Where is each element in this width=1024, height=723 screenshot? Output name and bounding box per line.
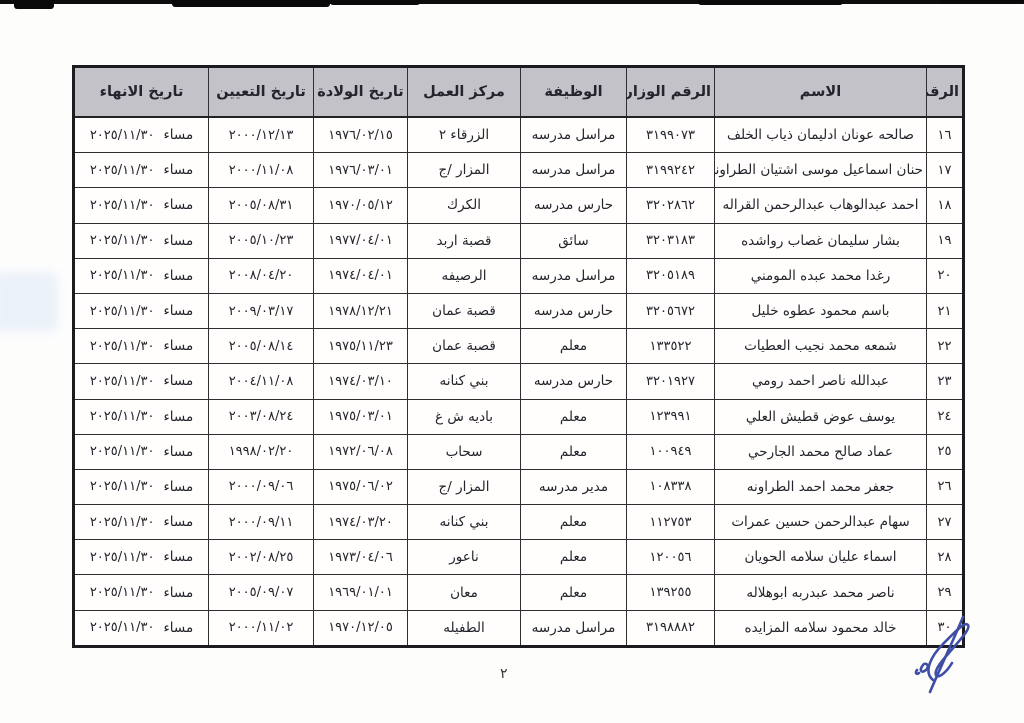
cell-ministry_no: ٣٢٠٢٨٦٢ [627,188,715,223]
cell-ministry_no: ٣٢٠١٩٢٧ [627,364,715,399]
cell-ministry_no: ١٢٣٩٩١ [627,399,715,434]
cell-appointment_date: ٢٠٠٢/٠٨/٢٥ [209,540,314,575]
end-date-suffix: مساء [163,514,193,530]
end-date-value: ٢٠٢٥/١١/٣٠ [90,163,155,178]
cell-job: معلم [521,505,627,540]
end-date-value: ٢٠٢٥/١١/٣٠ [90,304,155,319]
cell-birth_date: ١٩٧٦/٠٣/٠١ [314,153,408,188]
cell-end_date: ٢٠٢٥/١١/٣٠مساء [74,434,209,469]
cell-end_date: ٢٠٢٥/١١/٣٠مساء [74,293,209,328]
scan-top-edge-blob [698,0,843,5]
cell-work_center: سحاب [408,434,521,469]
cell-birth_date: ١٩٧٤/٠٤/٠١ [314,258,408,293]
cell-end_date: ٢٠٢٥/١١/٣٠مساء [74,575,209,610]
cell-job: سائق [521,223,627,258]
scanned-document-page: { "page": { "number_label": "٢", "signat… [0,0,1024,723]
cell-birth_date: ١٩٧٣/٠٤/٠٦ [314,540,408,575]
end-date-group: ٢٠٢٥/١١/٣٠مساء [78,233,205,249]
cell-num: ٢٨ [927,540,964,575]
table-row: ٢٦جعفر محمد احمد الطراونه١٠٨٣٣٨مدير مدرس… [74,469,964,504]
cell-appointment_date: ٢٠٠٥/٠٨/٣١ [209,188,314,223]
table-header-row: الرقمالاسمالرقم الوزاريالوظيفةمركز العمل… [74,67,964,118]
scan-top-edge-blob [14,0,54,9]
end-date-suffix: مساء [163,373,193,389]
cell-end_date: ٢٠٢٥/١١/٣٠مساء [74,399,209,434]
cell-birth_date: ١٩٧٢/٠٦/٠٨ [314,434,408,469]
cell-num: ٢١ [927,293,964,328]
cell-name: يوسف عوض قطيش العلي [715,399,927,434]
end-date-value: ٢٠٢٥/١١/٣٠ [90,444,155,459]
cell-end_date: ٢٠٢٥/١١/٣٠مساء [74,540,209,575]
cell-birth_date: ١٩٧٦/٠٢/١٥ [314,117,408,153]
column-header-work_center: مركز العمل [408,67,521,118]
cell-name: احمد عبدالوهاب عبدالرحمن القراله [715,188,927,223]
cell-num: ٢٧ [927,505,964,540]
cell-end_date: ٢٠٢٥/١١/٣٠مساء [74,469,209,504]
cell-num: ٢٥ [927,434,964,469]
cell-num: ٢٩ [927,575,964,610]
cell-job: معلم [521,329,627,364]
cell-name: اسماء عليان سلامه الحويان [715,540,927,575]
cell-birth_date: ١٩٧٠/٠٥/١٢ [314,188,408,223]
cell-work_center: بني كنانه [408,364,521,399]
end-date-suffix: مساء [163,127,193,143]
end-date-suffix: مساء [163,233,193,249]
cell-work_center: بني كنانه [408,505,521,540]
table-row: ٣٠خالد محمود سلامه المزايده٣١٩٨٨٨٢مراسل … [74,610,964,646]
end-date-suffix: مساء [163,444,193,460]
cell-appointment_date: ٢٠٠٩/٠٣/١٧ [209,293,314,328]
end-date-group: ٢٠٢٥/١١/٣٠مساء [78,479,205,495]
cell-job: مراسل مدرسه [521,610,627,646]
end-date-group: ٢٠٢٥/١١/٣٠مساء [78,585,205,601]
scan-top-edge [0,0,1024,4]
cell-end_date: ٢٠٢٥/١١/٣٠مساء [74,117,209,153]
cell-birth_date: ١٩٧٠/١٢/٠٥ [314,610,408,646]
cell-birth_date: ١٩٦٩/٠١/٠١ [314,575,408,610]
column-header-name: الاسم [715,67,927,118]
cell-name: سهام عبدالرحمن حسين عمرات [715,505,927,540]
cell-job: حارس مدرسه [521,293,627,328]
end-date-value: ٢٠٢٥/١١/٣٠ [90,233,155,248]
cell-name: حنان اسماعيل موسى اشتيان الطراونه [715,153,927,188]
end-date-group: ٢٠٢٥/١١/٣٠مساء [78,620,205,636]
cell-ministry_no: ١٢٠٠٥٦ [627,540,715,575]
cell-num: ١٩ [927,223,964,258]
table-row: ٢٤يوسف عوض قطيش العلي١٢٣٩٩١معلمباديه ش غ… [74,399,964,434]
scan-top-edge-blob [172,0,330,7]
cell-birth_date: ١٩٧٥/٠٦/٠٢ [314,469,408,504]
end-date-group: ٢٠٢٥/١١/٣٠مساء [78,373,205,389]
cell-job: معلم [521,434,627,469]
cell-ministry_no: ١٠٨٣٣٨ [627,469,715,504]
cell-appointment_date: ٢٠٠٠/٠٩/٠٦ [209,469,314,504]
page-number: ٢ [500,666,508,682]
cell-ministry_no: ١٣٩٢٥٥ [627,575,715,610]
scan-top-edge-blob [940,0,1024,3]
cell-job: معلم [521,575,627,610]
end-date-value: ٢٠٢٥/١١/٣٠ [90,339,155,354]
cell-num: ١٧ [927,153,964,188]
cell-birth_date: ١٩٧٤/٠٣/٢٠ [314,505,408,540]
cell-work_center: الرصيفه [408,258,521,293]
cell-work_center: قصبة اربد [408,223,521,258]
cell-birth_date: ١٩٧٨/١٢/٢١ [314,293,408,328]
end-date-suffix: مساء [163,338,193,354]
cell-name: باسم محمود عطوه خليل [715,293,927,328]
cell-num: ١٦ [927,117,964,153]
end-date-group: ٢٠٢٥/١١/٣٠مساء [78,127,205,143]
end-date-group: ٢٠٢٥/١١/٣٠مساء [78,303,205,319]
column-header-appointment_date: تاريخ التعيين [209,67,314,118]
end-date-group: ٢٠٢٥/١١/٣٠مساء [78,162,205,178]
cell-job: حارس مدرسه [521,188,627,223]
table-row: ٢٧سهام عبدالرحمن حسين عمرات١١٢٧٥٣معلمبني… [74,505,964,540]
end-date-suffix: مساء [163,162,193,178]
signature-ink [903,614,981,700]
column-header-ministry_no: الرقم الوزاري [627,67,715,118]
end-date-value: ٢٠٢٥/١١/٣٠ [90,479,155,494]
cell-ministry_no: ١٣٣٥٢٢ [627,329,715,364]
cell-num: ١٨ [927,188,964,223]
cell-work_center: الزرقاء ٢ [408,117,521,153]
end-date-group: ٢٠٢٥/١١/٣٠مساء [78,444,205,460]
cell-ministry_no: ١٠٠٩٤٩ [627,434,715,469]
cell-job: حارس مدرسه [521,364,627,399]
cell-appointment_date: ٢٠٠٠/١١/٠٢ [209,610,314,646]
end-date-suffix: مساء [163,479,193,495]
cell-appointment_date: ٢٠٠٥/١٠/٢٣ [209,223,314,258]
employee-table: الرقمالاسمالرقم الوزاريالوظيفةمركز العمل… [72,65,965,648]
column-header-num: الرقم [927,67,964,118]
end-date-suffix: مساء [163,620,193,636]
cell-num: ٢٦ [927,469,964,504]
end-date-suffix: مساء [163,409,193,425]
cell-job: مدير مدرسه [521,469,627,504]
table-row: ١٦صالحه عونان ادليمان ذياب الخلف٣١٩٩٠٧٣م… [74,117,964,153]
cell-end_date: ٢٠٢٥/١١/٣٠مساء [74,329,209,364]
table-row: ٢٠رغدا محمد عبده المومني٣٢٠٥١٨٩مراسل مدر… [74,258,964,293]
cell-work_center: قصبة عمان [408,329,521,364]
cell-birth_date: ١٩٧٥/١١/٢٣ [314,329,408,364]
table-row: ٢٣عبدالله ناصر احمد رومي٣٢٠١٩٢٧حارس مدرس… [74,364,964,399]
end-date-group: ٢٠٢٥/١١/٣٠مساء [78,409,205,425]
table-row: ٢٨اسماء عليان سلامه الحويان١٢٠٠٥٦معلمناع… [74,540,964,575]
end-date-group: ٢٠٢٥/١١/٣٠مساء [78,338,205,354]
end-date-value: ٢٠٢٥/١١/٣٠ [90,515,155,530]
end-date-suffix: مساء [163,549,193,565]
cell-end_date: ٢٠٢٥/١١/٣٠مساء [74,188,209,223]
end-date-group: ٢٠٢٥/١١/٣٠مساء [78,268,205,284]
cell-name: عماد صالح محمد الجارحي [715,434,927,469]
cell-name: رغدا محمد عبده المومني [715,258,927,293]
table-row: ١٨احمد عبدالوهاب عبدالرحمن القراله٣٢٠٢٨٦… [74,188,964,223]
cell-name: شمعه محمد نجيب العطيات [715,329,927,364]
end-date-value: ٢٠٢٥/١١/٣٠ [90,585,155,600]
cell-appointment_date: ٢٠٠٠/٠٩/١١ [209,505,314,540]
cell-work_center: معان [408,575,521,610]
end-date-value: ٢٠٢٥/١١/٣٠ [90,374,155,389]
end-date-group: ٢٠٢٥/١١/٣٠مساء [78,549,205,565]
cell-birth_date: ١٩٧٥/٠٣/٠١ [314,399,408,434]
cell-birth_date: ١٩٧٧/٠٤/٠١ [314,223,408,258]
table-row: ٢٥عماد صالح محمد الجارحي١٠٠٩٤٩معلمسحاب١٩… [74,434,964,469]
cell-name: عبدالله ناصر احمد رومي [715,364,927,399]
cell-job: معلم [521,399,627,434]
end-date-value: ٢٠٢٥/١١/٣٠ [90,268,155,283]
column-header-end_date: تاريخ الانهاء [74,67,209,118]
cell-name: جعفر محمد احمد الطراونه [715,469,927,504]
cell-job: مراسل مدرسه [521,153,627,188]
cell-ministry_no: ٣٢٠٣١٨٣ [627,223,715,258]
cell-name: بشار سليمان غصاب رواشده [715,223,927,258]
cell-end_date: ٢٠٢٥/١١/٣٠مساء [74,610,209,646]
cell-end_date: ٢٠٢٥/١١/٣٠مساء [74,258,209,293]
cell-work_center: المزار /ج [408,469,521,504]
cell-appointment_date: ٢٠٠٠/١٢/١٣ [209,117,314,153]
cell-work_center: المزار /ج [408,153,521,188]
cell-appointment_date: ٢٠٠٥/٠٩/٠٧ [209,575,314,610]
cell-name: صالحه عونان ادليمان ذياب الخلف [715,117,927,153]
cell-job: معلم [521,540,627,575]
cell-appointment_date: ٢٠٠٥/٠٨/١٤ [209,329,314,364]
table-row: ٢١باسم محمود عطوه خليل٣٢٠٥٦٧٢حارس مدرسهق… [74,293,964,328]
table-row: ١٩بشار سليمان غصاب رواشده٣٢٠٣١٨٣سائققصبة… [74,223,964,258]
cell-work_center: باديه ش غ [408,399,521,434]
cell-work_center: قصبة عمان [408,293,521,328]
end-date-group: ٢٠٢٥/١١/٣٠مساء [78,197,205,213]
cell-num: ٢٠ [927,258,964,293]
cell-ministry_no: ١١٢٧٥٣ [627,505,715,540]
cell-job: مراسل مدرسه [521,258,627,293]
cell-appointment_date: ٢٠٠٣/٠٨/٢٤ [209,399,314,434]
end-date-value: ٢٠٢٥/١١/٣٠ [90,550,155,565]
end-date-suffix: مساء [163,268,193,284]
cell-job: مراسل مدرسه [521,117,627,153]
cell-work_center: ناعور [408,540,521,575]
cell-ministry_no: ٣٢٠٥١٨٩ [627,258,715,293]
cell-num: ٢٣ [927,364,964,399]
cell-appointment_date: ٢٠٠٤/١١/٠٨ [209,364,314,399]
end-date-value: ٢٠٢٥/١١/٣٠ [90,409,155,424]
cell-end_date: ٢٠٢٥/١١/٣٠مساء [74,364,209,399]
cell-num: ٢٢ [927,329,964,364]
cell-end_date: ٢٠٢٥/١١/٣٠مساء [74,223,209,258]
column-header-birth_date: تاريخ الولادة [314,67,408,118]
cell-appointment_date: ١٩٩٨/٠٢/٢٠ [209,434,314,469]
column-header-job: الوظيفة [521,67,627,118]
cell-name: ناصر محمد عبدربه ابوهلاله [715,575,927,610]
scan-top-edge-blob [330,0,420,5]
cell-ministry_no: ٣١٩٨٨٨٢ [627,610,715,646]
end-date-value: ٢٠٢٥/١١/٣٠ [90,198,155,213]
cell-work_center: الطفيله [408,610,521,646]
cell-birth_date: ١٩٧٤/٠٣/١٠ [314,364,408,399]
end-date-suffix: مساء [163,585,193,601]
cell-ministry_no: ٣١٩٩٢٤٢ [627,153,715,188]
end-date-suffix: مساء [163,197,193,213]
cell-num: ٢٤ [927,399,964,434]
cell-appointment_date: ٢٠٠٨/٠٤/٢٠ [209,258,314,293]
end-date-group: ٢٠٢٥/١١/٣٠مساء [78,514,205,530]
table-row: ٢٢شمعه محمد نجيب العطيات١٣٣٥٢٢معلمقصبة ع… [74,329,964,364]
cell-appointment_date: ٢٠٠٠/١١/٠٨ [209,153,314,188]
cell-name: خالد محمود سلامه المزايده [715,610,927,646]
table-row: ٢٩ناصر محمد عبدربه ابوهلاله١٣٩٢٥٥معلممعا… [74,575,964,610]
end-date-value: ٢٠٢٥/١١/٣٠ [90,128,155,143]
cell-end_date: ٢٠٢٥/١١/٣٠مساء [74,153,209,188]
end-date-value: ٢٠٢٥/١١/٣٠ [90,620,155,635]
cell-work_center: الكرك [408,188,521,223]
table-row: ١٧حنان اسماعيل موسى اشتيان الطراونه٣١٩٩٢… [74,153,964,188]
cell-ministry_no: ٣١٩٩٠٧٣ [627,117,715,153]
scan-blue-artifact [0,272,58,332]
end-date-suffix: مساء [163,303,193,319]
cell-ministry_no: ٣٢٠٥٦٧٢ [627,293,715,328]
cell-end_date: ٢٠٢٥/١١/٣٠مساء [74,505,209,540]
employee-table-container: الرقمالاسمالرقم الوزاريالوظيفةمركز العمل… [72,65,965,648]
